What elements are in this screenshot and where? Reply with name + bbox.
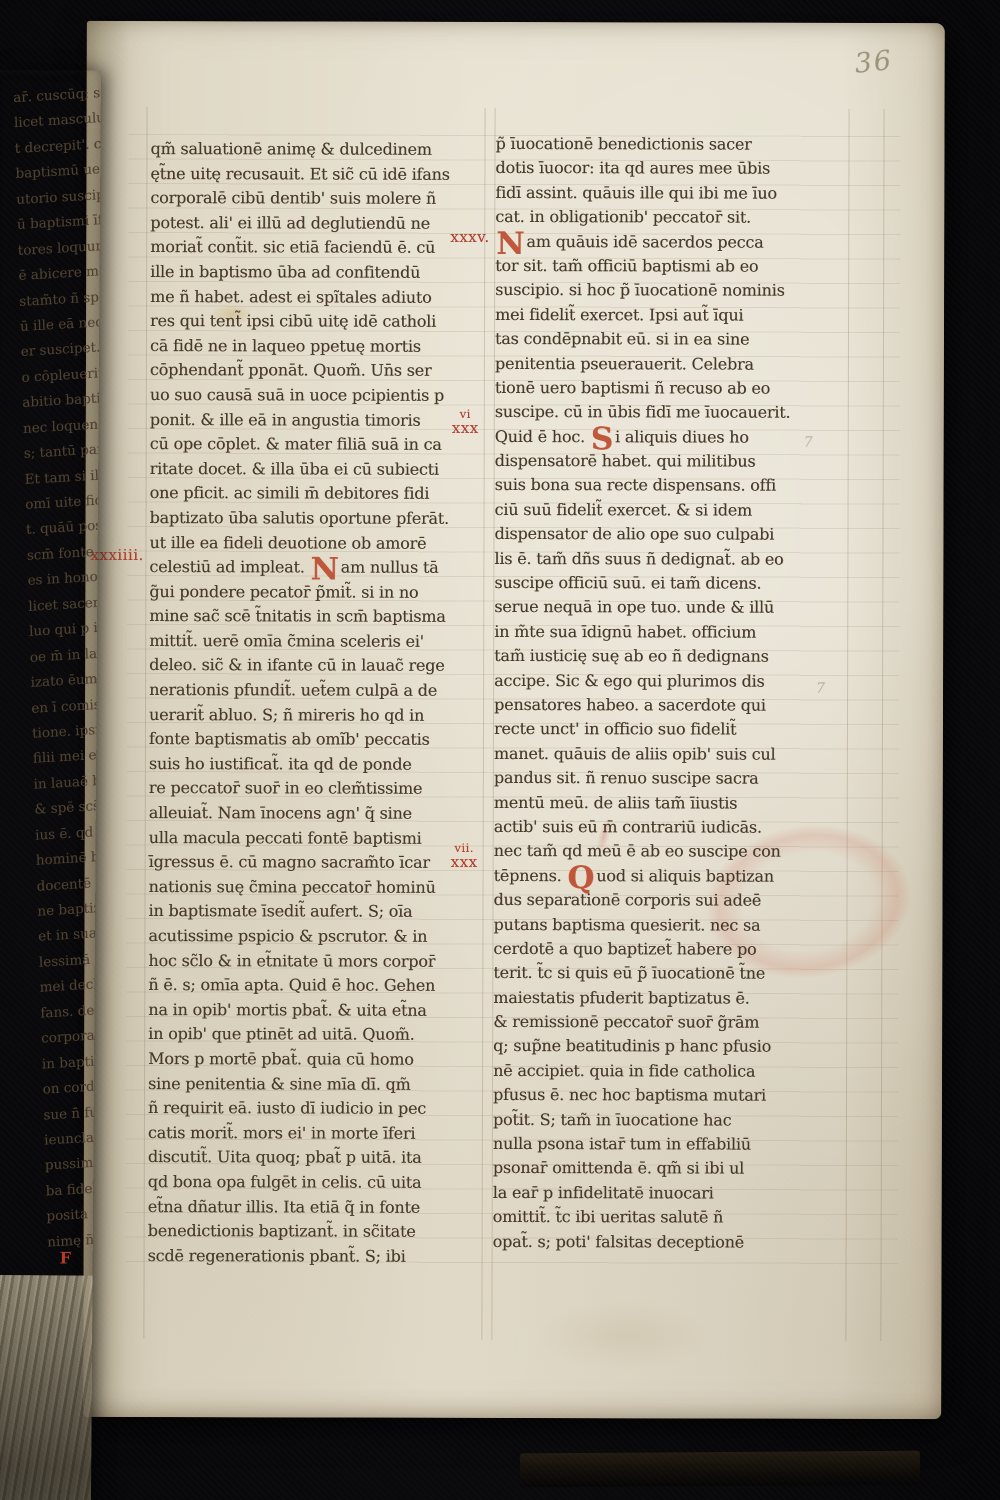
text-line: pandus sit. ñ renuo suscipe sacra — [494, 766, 850, 791]
text-line: nec tam̃ qd meū ē ab eo suscipe con — [494, 839, 850, 864]
text-line: pensatores habeo. a sacerdote qui — [494, 693, 850, 718]
chapter-number-superscript: vi — [452, 410, 479, 418]
text-segment: i aliquis diues ho — [615, 427, 749, 446]
chapter-number-superscript: vii. — [451, 844, 478, 852]
text-line: deleo. sic̃ & in ifante cū in lauac̃ reg… — [149, 654, 487, 679]
manuscript-photo: 36 qm̃ saluationē animę & dulcedinemęt̃n… — [0, 0, 1000, 1500]
text-line: tione. ipsi adle — [32, 715, 101, 747]
text-line: opat̃. s; poti' falsitas deceptionē — [493, 1230, 849, 1255]
text-line: mei fidelit̃ exercet. Ipsi aut̃ īqui — [495, 303, 851, 328]
text-line: tionē uero baptismi ñ recuso ab eo — [495, 376, 851, 401]
marginal-chapter-number: xxxv. — [450, 227, 489, 246]
text-line: one pficit. ac simili m̄ debitores fidi — [150, 481, 488, 506]
text-line: manet. quāuis de aliis opib' suis cul — [494, 742, 850, 767]
text-line: hominē bapt — [36, 843, 101, 875]
text-line: catis morit̃. mors ei' in morte īferi — [148, 1121, 486, 1146]
text-line: dotis īuocor: ita qd aures mee ūbis — [495, 156, 851, 181]
text-line: uerarit̃ abluo. S; ñ mireris ho qd in — [149, 703, 487, 728]
edge-text-fragments: ar̄. cuscūq; sex'licet masculust decrepi… — [13, 80, 101, 1256]
text-line: luo qui p illo ī — [29, 614, 101, 646]
text-line: moriat̃ cont̃it. sic etiā faciendū ē. cū — [150, 235, 488, 260]
text-line: nulla psona istar̄ tum in effabiliū — [493, 1132, 849, 1157]
text-line: t. quāū pos sp — [26, 512, 101, 544]
text-line: īgressus ē. cū magno sacram̃to īcar — [149, 850, 487, 875]
text-line: et̃na dñatur illis. Ita etiā q̃ in fonte — [148, 1195, 486, 1220]
text-line: q; sup̃ne beatitudinis p hanc pfusio — [493, 1034, 849, 1059]
previous-page-edge-stack: ar̄. cuscūq; sex'licet masculust decrepi… — [0, 70, 101, 1500]
text-line: acutissime pspicio & pscrutor. & in — [148, 924, 486, 949]
text-line: s; tantū parenti — [23, 436, 101, 468]
right-text-column: p̃ īuocationē benedictionis sacerdotis ī… — [493, 132, 852, 1255]
text-line: tor sit. tam̃ officiū baptismi ab eo — [495, 254, 851, 279]
text-line: discutit̃. Uita quoq; pbat̃ p uitā. ita — [148, 1145, 486, 1170]
text-line: tam̃ iusticię suę ab eo ñ dedignans — [494, 644, 850, 669]
text-line: mei declarat — [39, 970, 101, 1002]
text-line: scm̄ fonte adle — [26, 537, 101, 569]
text-line: cat. in obligationib' peccator̄ sit. — [495, 205, 851, 230]
left-text-column: qm̃ saluationē animę & dulcedinemęt̃ne u… — [148, 137, 489, 1269]
pencil-mark: 7 — [804, 435, 813, 451]
text-line: baptizato ūba salutis oportune pferāt. — [149, 506, 487, 531]
text-line: terit. t̃c si quis eū p̃ īuocationē t̃ne — [493, 961, 849, 986]
text-line: cū ope cōplet. & mater filiā suā in ca — [150, 432, 488, 457]
text-segment: am nullus tā — [341, 558, 439, 577]
text-line: fidī assint. quāuis ille qui ibi me īuo — [495, 181, 851, 206]
manuscript-page: 36 qm̃ saluationē animę & dulcedinemęt̃n… — [83, 21, 945, 1419]
text-line: Nam quāuis idē sacerdos pecca — [495, 230, 851, 255]
text-segment: am quāuis idē sacerdos pecca — [526, 232, 763, 252]
marginal-chapter-number: xxxiiii. — [90, 546, 143, 564]
text-line: suscipio. si hoc p̃ īuocationē nominis — [495, 278, 851, 303]
text-segment: uod si aliquis baptizan — [596, 866, 774, 885]
parchment-stain — [513, 1290, 733, 1381]
text-line: cerdotē a quo baptizet̃ habere po — [493, 937, 849, 962]
text-line: ñ ē. s; omīa apta. Quid ē hoc. Gehen — [148, 973, 486, 998]
text-line: in baptismate īsedit̃ aufert. S; oīa — [148, 899, 486, 924]
chapter-number-label: xxxv. — [450, 228, 489, 246]
text-line: scdē regenerationis pbant̃. S; ibi — [148, 1244, 486, 1269]
text-line: lis ē. tam̃ dñs suus ñ dedignat̃. ab eo — [494, 547, 850, 572]
text-line: Mors p mortē pbat̃. quia cū homo — [148, 1047, 486, 1072]
text-line: tēpnens. Quod si aliquis baptizan — [494, 864, 850, 889]
text-line: Quid ē hoc. Si aliquis diues ho — [495, 425, 851, 450]
text-line: in m̃te sua īdignū habet. officium — [494, 620, 850, 645]
text-line: mine sac̃ scē t̃nitatis in scm̄ baptisma — [149, 604, 487, 629]
chapter-number-label: xxx — [452, 419, 479, 437]
text-segment: Quid ē hoc. — [495, 427, 590, 446]
text-line: recte unct' in officio suo fidelit̃ — [494, 717, 850, 742]
text-line: me ñ habet. adest ei spĩtales adiuto — [150, 285, 488, 310]
text-line: cōphendant̃ pponāt. Quom̃. Un̄s ser — [150, 358, 488, 383]
text-line: suis bona sua recte dispensans. offi — [495, 473, 851, 498]
text-line: p̃ īuocationē benedictionis sacer — [495, 132, 851, 157]
text-line: et in suauitati — [38, 919, 101, 951]
text-line: nē accipiet. quia in fide catholica — [493, 1059, 849, 1084]
text-line: es in honore s — [27, 563, 101, 595]
text-line: pfusus ē. nec hoc baptisma mutari — [493, 1083, 849, 1108]
text-line: qd bona opa fulgēt in celis. cū uita — [148, 1170, 486, 1195]
text-line: omittit̃. t̃c ibi ueritas salutē ñ — [493, 1205, 849, 1230]
folio-number: 36 — [853, 45, 894, 80]
text-line: maiestatis pfuderit baptizatus ē. — [493, 986, 849, 1011]
text-line: serue nequā in ope tuo. unde & illū — [494, 595, 850, 620]
text-line: ponit. & ille eā in angustia timoris — [150, 408, 488, 433]
text-line: pot̃it. S; tam̃ in īuocatione hac — [493, 1108, 849, 1133]
text-line: corporalē cibū dentib' suis molere ñ — [150, 186, 488, 211]
text-line: ñ requirit eā. iusto dī iudicio in pec — [148, 1096, 486, 1121]
text-line: qm̃ saluationē animę & dulcedinem — [150, 137, 488, 162]
text-line: benedictionis baptizant̃. in sc̃itate — [148, 1219, 486, 1244]
text-line: mentū meū. de aliis tam̃ īiustis — [494, 790, 850, 815]
text-line: suis ho iustificat̃. ita qd de ponde — [149, 752, 487, 777]
text-line: putans baptisma quesierit. nec sa — [493, 912, 849, 937]
text-line: ulla macula peccati fontē baptismi — [149, 826, 487, 851]
text-line: mittit̃. uerē omīa c̃mina sceleris ei' — [149, 629, 487, 654]
text-line: suscipe officiū suū. ei tam̃ dicens. — [494, 571, 850, 596]
text-line: ciū suū fidelit̃ exercet. & si idem — [495, 498, 851, 523]
text-line: nerationis pfundit̃. uet̃em culpā a de — [149, 678, 487, 703]
text-line: ne baptizan — [37, 893, 101, 925]
text-line: uo suo causā suā in uoce pcipientis p — [150, 383, 488, 408]
text-line: ille in baptismo ūba ad confitendū — [150, 260, 488, 285]
text-line: sine penitentia & sine mīa dī. qm̃ — [148, 1072, 486, 1097]
text-line: actib' suis eū m̄ contrariū iudicās. — [494, 815, 850, 840]
marginal-chapter-number: vii. xxx — [451, 844, 478, 871]
text-line: dispensator de alio ope suo culpabi — [494, 522, 850, 547]
chapter-number-label: xxx — [451, 853, 478, 871]
text-line: na in opib' mortis pbat̃. & uita et̃na — [148, 998, 486, 1023]
edge-red-mark: F — [60, 1248, 71, 1267]
text-line: dispensatorē habet. qui militibus — [495, 449, 851, 474]
text-line: & spē scs̄ in h — [34, 792, 101, 824]
text-line: ē abicere menti — [18, 258, 101, 290]
text-line: filii mei ego pa — [33, 741, 101, 773]
text-line: nationis suę c̃mina peccator̄ hominū — [149, 875, 487, 900]
page-corner-stack — [0, 1275, 93, 1500]
text-line: fonte baptismatis ab omĩb' peccatis — [149, 727, 487, 752]
text-line: in opib' que ptinēt ad uitā. Quom̃. — [148, 1022, 486, 1047]
text-line: tas condēpnabit eū. si in ea sine — [495, 327, 851, 352]
text-line: la ear̄ p infidelitatē inuocari — [493, 1181, 849, 1206]
text-line: res qui tent̃ ipsi cibū uitę idē catholi — [150, 309, 488, 334]
text-line: suscipe. cū in ūbis fidī me īuocauerit. — [495, 400, 851, 425]
text-segment: tēpnens. — [494, 866, 567, 885]
text-line: penitentia pseuerauerit. Celebra — [495, 351, 851, 376]
text-line: psonar̄ omittenda ē. qm̃ si ibi ul — [493, 1156, 849, 1181]
text-line: omī uite fidel — [25, 487, 101, 519]
text-line: cā fidē ne in laqueo ppetuę mortis — [150, 334, 488, 359]
text-line: ritate docet. & illa ūba ei cū subiecti — [150, 457, 488, 482]
text-line: celestiū ad impleat. Nam nullus tā — [149, 555, 487, 580]
text-line: dus separationē corporis sui adeē — [493, 888, 849, 913]
pencil-mark: 7 — [816, 681, 825, 697]
text-line: re peccator̄ suor̄ in eo clem̃tissime — [149, 776, 487, 801]
text-line: ęt̃ne uitę recusauit. Et sic̃ cū idē ifa… — [150, 162, 488, 187]
text-line: & remissionē peccator̄ suor̄ g̃rām — [493, 1010, 849, 1035]
marginal-chapter-number: vi xxx — [452, 410, 479, 437]
text-line: hoc sc̃lo & in et̃nitate ū mors corpor̄ — [148, 949, 486, 974]
bottom-page-edge — [520, 1451, 920, 1488]
text-line: g̃ui pondere pecator̄ p̃mit̃. si in no — [149, 580, 487, 605]
text-line: alleuiat̃. Nam īnocens agn' q̃ sine — [149, 801, 487, 826]
text-line: potest. ali' ei illū ad deglutiendū ne — [150, 211, 488, 236]
text-segment: celestiū ad impleat. — [149, 557, 309, 576]
text-line: abitio baptismi — [22, 385, 101, 417]
text-line: izato ēumq — [30, 665, 101, 697]
text-line: accipe. Sic & ego qui plurimos dis — [494, 669, 850, 694]
